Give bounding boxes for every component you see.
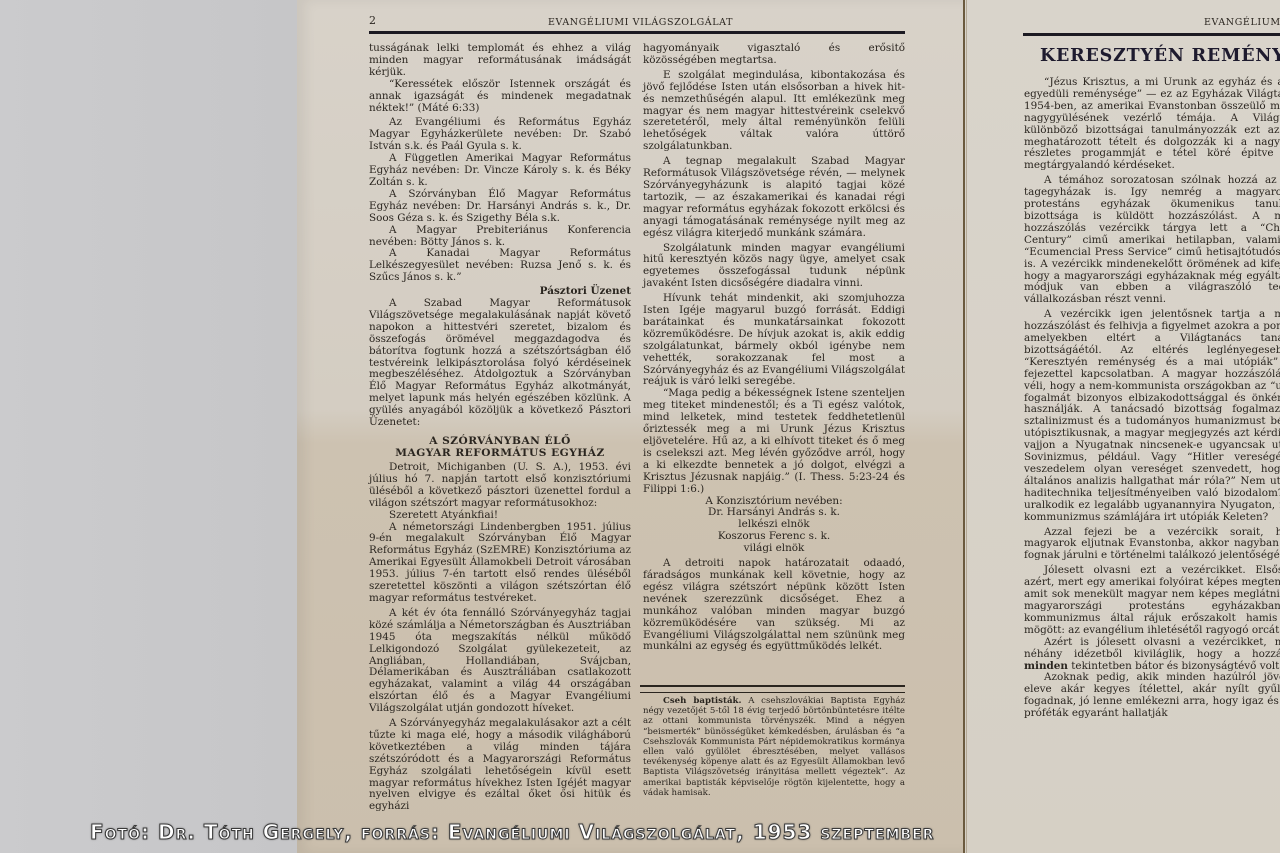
- photo-backdrop: [0, 0, 297, 853]
- article-column-2: hagyományaik vigasztaló és erősitő közös…: [643, 43, 905, 653]
- header-rule: [369, 31, 905, 34]
- salutation: Szeretett Atyánkfiai!: [369, 510, 631, 522]
- paragraph: A németországi Lindenbergben 1951. júliu…: [369, 522, 631, 605]
- header-rule-right: [1023, 33, 1280, 36]
- news-body: A csehszlovákiai Baptista Egyház négy ve…: [643, 696, 905, 798]
- paragraph: Jólesett olvasni ezt a vezércikket. Első…: [1024, 565, 1280, 636]
- section-divider: [640, 685, 905, 693]
- paragraph: A témához sorozatosan szólnak hozzá az e…: [1024, 175, 1280, 306]
- article-column-right: “Jézus Krisztus, a mi Urunk az egyház és…: [1024, 77, 1280, 720]
- paragraph: Detroit, Michiganben (U. S. A.), 1953. é…: [369, 462, 631, 510]
- page-fold-shadow: [966, 0, 967, 853]
- paragraph: A két év óta fennálló Szórványegyház tag…: [369, 608, 631, 715]
- section-heading-line: MAGYAR REFORMÁTUS EGYHÁZ: [369, 447, 631, 459]
- paragraph: Hívunk tehát mindenkit, aki szomjuhozza …: [643, 293, 905, 388]
- paragraph: “Jézus Krisztus, a mi Urunk az egyház és…: [1024, 77, 1280, 172]
- page-fold: [963, 0, 965, 853]
- photo-credit-caption: Fotó: Dr. Tóth Gergely, forrás: Evangéli…: [90, 820, 1270, 844]
- paragraph: Azzal fejezi be a vezércikk sorait, hogy…: [1024, 527, 1280, 563]
- paragraph: A Szórványegyház megalakulásakor azt a c…: [369, 718, 631, 813]
- paragraph: A vezércikk igen jelentősnek tartja a ma…: [1024, 309, 1280, 523]
- paragraph: A Független Amerikai Magyar Református E…: [369, 153, 631, 189]
- article-column-1: tusságának lelki templomát és ehhez a vi…: [369, 43, 631, 813]
- running-head: EVANGÉLIUMI VILÁGSZOLGÁLAT: [548, 17, 733, 28]
- scripture-quote: “Maga pedig a békességnek Istene szentel…: [643, 388, 905, 495]
- paragraph: Azért is jólesett olvasni a vezércikket,…: [1024, 637, 1280, 673]
- news-item: Cseh baptisták. A csehszlovákiai Baptist…: [643, 696, 905, 798]
- emphasis: minden: [1024, 660, 1068, 672]
- news-lead: Cseh baptisták.: [663, 696, 742, 706]
- signature-title: világi elnök: [643, 543, 905, 555]
- paragraph: A Szórványban Élő Magyar Református Egyh…: [369, 189, 631, 225]
- paragraph: A detroiti napok határozatait odaadó, fá…: [643, 558, 905, 653]
- paragraph: hagyományaik vigasztaló és erősitő közös…: [643, 43, 905, 67]
- paragraph: A Szabad Magyar Reformátusok Világszövet…: [369, 298, 631, 429]
- paragraph: A Magyar Prebiteriánus Konferencia nevéb…: [369, 225, 631, 249]
- page-number: 2: [369, 14, 376, 27]
- paragraph: A Kanadai Magyar Református Lelkészegyes…: [369, 248, 631, 284]
- paragraph: Azoknak pedig, akik minden hazúlról jövő…: [1024, 672, 1280, 720]
- paragraph: Az Evangéliumi és Református Egyház Magy…: [369, 117, 631, 153]
- paragraph: Szolgálatunk minden magyar evangéliumi h…: [643, 243, 905, 291]
- article-title: KERESZTYÉN REMÉNYSÉG: [1040, 46, 1280, 66]
- paragraph: E szolgálat megindulása, kibontakozása é…: [643, 70, 905, 153]
- section-heading-line: A SZÓRVÁNYBAN ÉLŐ: [369, 435, 631, 447]
- running-head-right: EVANGÉLIUMI: [1204, 17, 1280, 28]
- paragraph: A tegnap megalakult Szabad Magyar Reform…: [643, 156, 905, 239]
- paragraph: “Keressétek először Istennek országát és…: [369, 79, 631, 115]
- section-heading: A SZÓRVÁNYBAN ÉLŐ MAGYAR REFORMÁTUS EGYH…: [369, 435, 631, 459]
- paragraph: tusságának lelki templomát és ehhez a vi…: [369, 43, 631, 79]
